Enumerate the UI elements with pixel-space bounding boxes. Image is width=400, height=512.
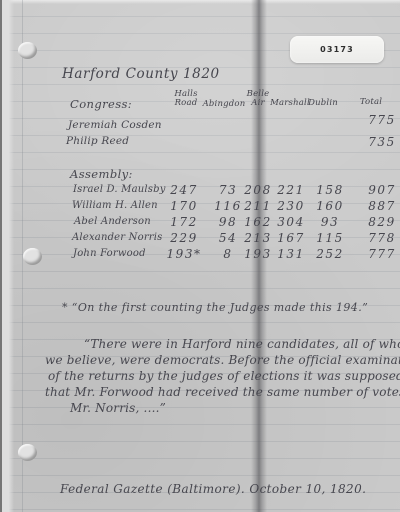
- vote-count: 73: [219, 183, 237, 197]
- vote-count: 193*: [167, 247, 202, 261]
- vote-count: 172: [170, 215, 197, 229]
- quote-line: Mr. Norris, ....”: [70, 401, 166, 415]
- footnote: * “On the first counting the Judges made…: [62, 301, 368, 314]
- candidate-name: John Forwood: [73, 248, 146, 259]
- catalog-number: 03173: [320, 45, 354, 54]
- column-header-marshall: Marshall: [270, 99, 310, 108]
- vote-count: 304: [277, 215, 304, 229]
- vote-count: 193: [244, 247, 271, 261]
- section-label-congress: Congress:: [70, 97, 132, 111]
- candidate-name: Abel Anderson: [74, 216, 151, 227]
- column-header-halls-road: Halls Road: [174, 90, 197, 108]
- quote-line: we believe, were democrats. Before the o…: [45, 353, 400, 367]
- quote-line: of the returns by the judges of election…: [48, 369, 400, 383]
- vote-count: 158: [316, 183, 343, 197]
- page-title: Harford County 1820: [62, 66, 220, 82]
- candidate-name: Philip Reed: [66, 135, 129, 147]
- candidate-total: 735: [368, 135, 395, 149]
- vote-total: 907: [368, 183, 395, 197]
- vote-total: 887: [368, 199, 395, 213]
- candidate-name: Israel D. Maulsby: [73, 184, 166, 195]
- page-top-edge: [0, 0, 400, 4]
- vote-count: 229: [170, 231, 197, 245]
- source-citation: Federal Gazette (Baltimore). October 10,…: [60, 482, 366, 496]
- page-left-edge-highlight: [2, 0, 14, 512]
- quote-line: “There were in Harford nine candidates, …: [84, 337, 400, 351]
- vote-count: 252: [316, 247, 343, 261]
- candidate-total: 775: [368, 113, 395, 127]
- vote-count: 208: [244, 183, 271, 197]
- vote-total: 829: [368, 215, 395, 229]
- column-header-total: Total: [360, 98, 382, 107]
- vote-count: 213: [244, 231, 271, 245]
- vote-count: 93: [321, 215, 339, 229]
- vote-total: 777: [368, 247, 395, 261]
- vote-total: 778: [368, 231, 395, 245]
- vote-count: 115: [316, 231, 343, 245]
- vote-count: 170: [170, 199, 197, 213]
- candidate-name: William H. Allen: [72, 200, 158, 211]
- vote-count: 221: [277, 183, 304, 197]
- vote-count: 131: [277, 247, 304, 261]
- vote-count: 160: [316, 199, 343, 213]
- column-header-belle-air: Belle Air: [247, 90, 270, 108]
- vote-count: 247: [170, 183, 197, 197]
- column-header-abingdon: Abingdon: [203, 100, 246, 109]
- vote-count: 98: [219, 215, 237, 229]
- candidate-name: Jeremiah Cosden: [68, 119, 162, 131]
- catalog-number-label: 03173: [290, 36, 384, 63]
- vote-count: 54: [219, 231, 237, 245]
- vote-count: 8: [223, 247, 232, 261]
- candidate-name: Alexander Norris: [72, 232, 163, 243]
- vote-count: 116: [214, 199, 241, 213]
- hole-punch-icon: [18, 444, 37, 461]
- scanned-document-page: 03173 Harford County 1820 Halls Road Abi…: [0, 0, 400, 512]
- vote-count: 211: [244, 199, 271, 213]
- vote-count: 162: [244, 215, 271, 229]
- column-header-dublin: Dublin: [308, 99, 338, 108]
- quote-line: that Mr. Forwood had received the same n…: [45, 385, 400, 399]
- vote-count: 167: [277, 231, 304, 245]
- hole-punch-icon: [18, 42, 37, 59]
- hole-punch-icon: [23, 248, 42, 265]
- section-label-assembly: Assembly:: [70, 167, 133, 181]
- vote-count: 230: [277, 199, 304, 213]
